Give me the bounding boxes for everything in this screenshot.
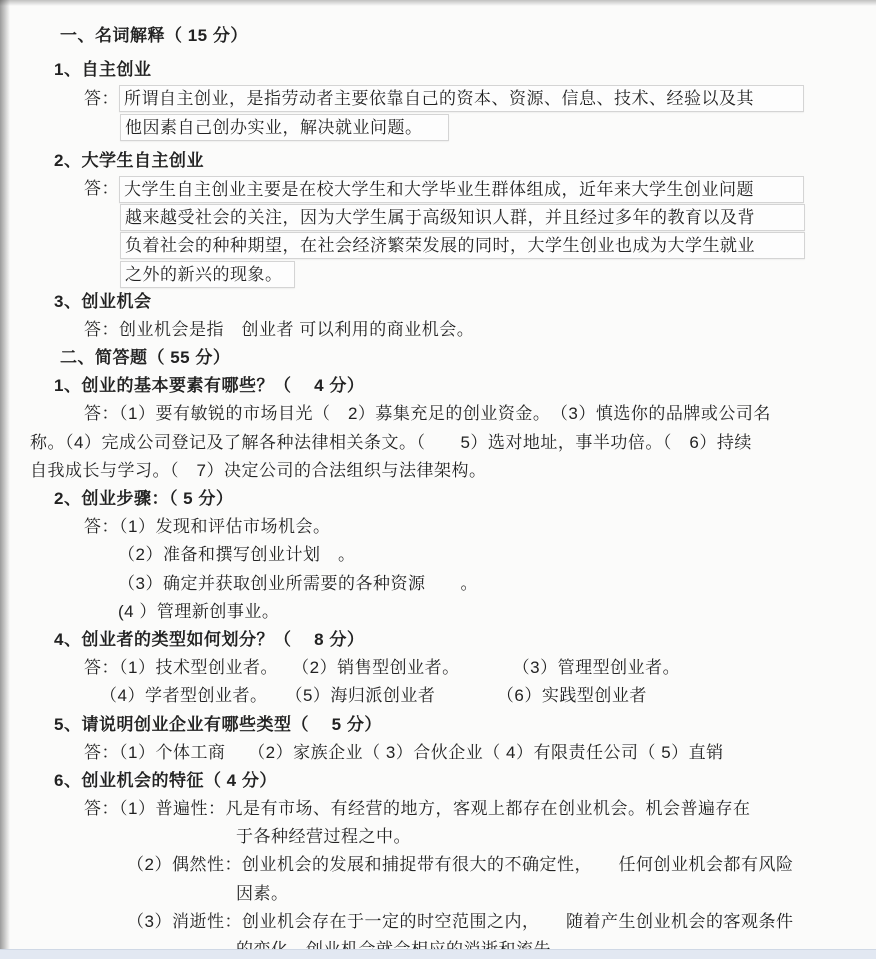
doc-line: 4、创业者的类型如何划分？（ 8 分） [0, 626, 876, 654]
line-text: 5、请说明创业企业有哪些类型（ 5 分） [54, 715, 382, 734]
answer-field-box: 负着社会的种种期望，在社会经济繁荣发展的同时，大学生创业也成为大学生就业 [120, 232, 805, 259]
line-text: 答：（1）普遍性：凡是有市场、有经营的地方，客观上都存在创业机会。机会普遍存在 [84, 799, 750, 818]
doc-line: (4 ）管理新创事业。 [0, 598, 876, 626]
answer-field-box: 他因素自己创办实业，解决就业问题。 [120, 114, 449, 141]
doc-line: 2、创业步骤：（ 5 分） [0, 485, 876, 513]
line-text: 于各种经营过程之中。 [236, 827, 411, 846]
doc-line: 答：大学生自主创业主要是在校大学生和大学毕业生群体组成，近年来大学生创业问题 [0, 175, 876, 203]
answer-field-box: 之外的新兴的现象。 [120, 261, 295, 288]
line-text: （4）学者型创业者。 （5）海归派创业者 （6）实践型创业者 [100, 686, 647, 705]
line-text: 答：（1）发现和评估市场机会。 [84, 517, 330, 536]
line-text: 1、自主创业 [54, 60, 151, 79]
line-text: 自我成长与学习。（ 7）决定公司的合法组织与法律架构。 [30, 461, 486, 480]
doc-line: 3、创业机会 [0, 288, 876, 316]
answer-field-box: 大学生自主创业主要是在校大学生和大学毕业生群体组成，近年来大学生创业问题 [119, 176, 804, 203]
doc-line: 1、自主创业 [0, 56, 876, 84]
doc-line: 答：创业机会是指 创业者 可以利用的商业机会。 [0, 316, 876, 344]
doc-line: 1、创业的基本要素有哪些？（ 4 分） [0, 372, 876, 400]
doc-line: 他因素自己创办实业，解决就业问题。 [0, 113, 876, 141]
horizontal-scrollbar[interactable] [0, 949, 876, 959]
doc-line: （3）消逝性：创业机会存在于一定的时空范围之内， 随着产生创业机会的客观条件 [0, 908, 876, 936]
doc-line: 一、名词解释（ 15 分） [0, 22, 876, 50]
doc-line: 答：（1）普遍性：凡是有市场、有经营的地方，客观上都存在创业机会。机会普遍存在 [0, 795, 876, 823]
doc-line: 称。（4）完成公司登记及了解各种法律相关条文。（ 5）选对地址，事半功倍。（ 6… [0, 429, 876, 457]
line-text: （2）准备和撰写创业计划 。 [118, 545, 355, 564]
doc-line: 答：（1）发现和评估市场机会。 [0, 513, 876, 541]
line-text: 4、创业者的类型如何划分？（ 8 分） [54, 630, 364, 649]
document-content: 一、名词解释（ 15 分）1、自主创业答：所谓自主创业，是指劳动者主要依靠自己的… [0, 0, 876, 959]
doc-line: 5、请说明创业企业有哪些类型（ 5 分） [0, 711, 876, 739]
doc-line: 自我成长与学习。（ 7）决定公司的合法组织与法律架构。 [0, 457, 876, 485]
doc-line: 之外的新兴的现象。 [0, 260, 876, 288]
line-text: 称。（4）完成公司登记及了解各种法律相关条文。（ 5）选对地址，事半功倍。（ 6… [30, 433, 752, 452]
answer-prefix: 答： [84, 175, 119, 203]
line-text: 答：（1）要有敏锐的市场目光（ 2）募集充足的创业资金。 （3）慎选你的品牌或公… [84, 404, 771, 423]
line-text: 3、创业机会 [54, 292, 151, 311]
line-text: 6、创业机会的特征（ 4 分） [54, 771, 277, 790]
doc-line: （4）学者型创业者。 （5）海归派创业者 （6）实践型创业者 [0, 682, 876, 710]
doc-line: 答：（1）技术型创业者。 （2）销售型创业者。 （3）管理型创业者。 [0, 654, 876, 682]
doc-line: 答：（1）个体工商 （2）家族企业（ 3）合伙企业（ 4）有限责任公司（ 5）直… [0, 739, 876, 767]
line-text: 2、创业步骤：（ 5 分） [54, 489, 233, 508]
doc-line: 因素。 [0, 880, 876, 908]
doc-line: 越来越受社会的关注，因为大学生属于高级知识人群，并且经过多年的教育以及背 [0, 203, 876, 231]
doc-line: （2）准备和撰写创业计划 。 [0, 541, 876, 569]
line-text: 一、名词解释（ 15 分） [60, 26, 248, 45]
answer-field-box: 越来越受社会的关注，因为大学生属于高级知识人群，并且经过多年的教育以及背 [120, 204, 805, 231]
line-text: （3）确定并获取创业所需要的各种资源 。 [118, 574, 478, 593]
line-text: 二、简答题（ 55 分） [60, 348, 230, 367]
doc-line: 答：（1）要有敏锐的市场目光（ 2）募集充足的创业资金。 （3）慎选你的品牌或公… [0, 400, 876, 428]
line-text: 1、创业的基本要素有哪些？（ 4 分） [54, 376, 364, 395]
doc-line: 负着社会的种种期望，在社会经济繁荣发展的同时，大学生创业也成为大学生就业 [0, 231, 876, 259]
line-text: 因素。 [236, 884, 289, 903]
doc-line: 6、创业机会的特征（ 4 分） [0, 767, 876, 795]
line-text: （2）偶然性：创业机会的发展和捕捉带有很大的不确定性， 任何创业机会都有风险 [127, 855, 793, 874]
line-text: （3）消逝性：创业机会存在于一定的时空范围之内， 随着产生创业机会的客观条件 [127, 912, 793, 931]
doc-line: 2、大学生自主创业 [0, 147, 876, 175]
doc-line: （3）确定并获取创业所需要的各种资源 。 [0, 570, 876, 598]
answer-field-box: 所谓自主创业，是指劳动者主要依靠自己的资本、资源、信息、技术、经验以及其 [119, 85, 804, 112]
doc-line: （2）偶然性：创业机会的发展和捕捉带有很大的不确定性， 任何创业机会都有风险 [0, 851, 876, 879]
doc-line: 于各种经营过程之中。 [0, 823, 876, 851]
scanned-exam-document-page: 一、名词解释（ 15 分）1、自主创业答：所谓自主创业，是指劳动者主要依靠自己的… [0, 0, 876, 959]
doc-line: 答：所谓自主创业，是指劳动者主要依靠自己的资本、资源、信息、技术、经验以及其 [0, 84, 876, 112]
answer-prefix: 答： [84, 85, 119, 113]
line-text: 答：（1）技术型创业者。 （2）销售型创业者。 （3）管理型创业者。 [84, 658, 680, 677]
line-text: 答：（1）个体工商 （2）家族企业（ 3）合伙企业（ 4）有限责任公司（ 5）直… [84, 743, 724, 762]
line-text: (4 ）管理新创事业。 [118, 602, 279, 621]
doc-line: 二、简答题（ 55 分） [0, 344, 876, 372]
line-text: 答：创业机会是指 创业者 可以利用的商业机会。 [84, 320, 474, 339]
line-text: 2、大学生自主创业 [54, 151, 204, 170]
